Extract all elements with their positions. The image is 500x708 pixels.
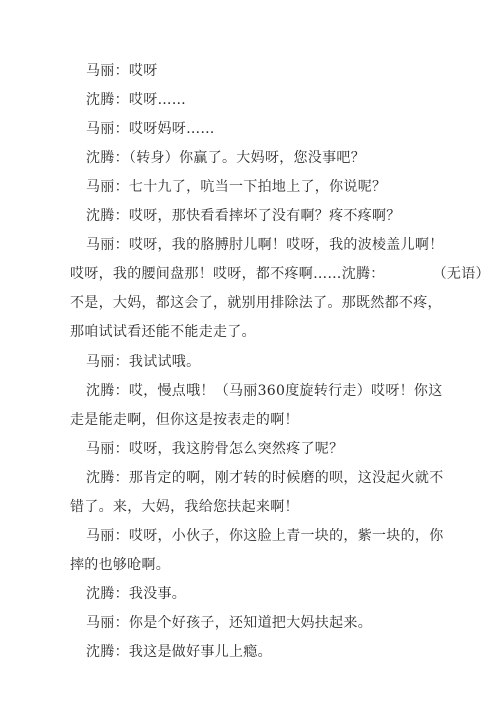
dialogue-line-continuation: 错了。来，大妈，我给您扶起来啊！ xyxy=(70,498,299,516)
dialogue-line-continuation: 摔的也够呛啊。 xyxy=(70,556,170,574)
dialogue-line: 沈腾：我没事。 xyxy=(86,585,186,603)
dialogue-line: 马丽：你是个好孩子，还知道把大妈扶起来。 xyxy=(86,614,372,632)
document-page: 马丽：哎呀 沈腾：哎呀…… 马丽：哎呀妈呀…… 沈腾：（转身）你赢了。大妈呀，您… xyxy=(0,0,500,708)
dialogue-line: 马丽：我试试哦。 xyxy=(86,353,200,371)
dialogue-line: 马丽：哎呀，我这胯骨怎么突然疼了呢？ xyxy=(86,440,343,458)
dialogue-line: 马丽：哎呀 xyxy=(86,62,158,80)
dialogue-line: 沈腾：哎呀，那快看看摔坏了没有啊？疼不疼啊？ xyxy=(86,207,401,225)
stage-direction: （无语） xyxy=(433,266,490,282)
dialogue-line: 马丽：哎呀，小伙子，你这脸上青一块的，紫一块的，你 xyxy=(86,527,444,545)
dialogue-line-continuation: 走是能走啊，但你这是按表走的啊！ xyxy=(70,411,299,429)
dialogue-line-continuation: 不是，大妈，都这会了，就别用排除法了。那既然都不疼， xyxy=(70,294,442,312)
line-text: 哎呀，我的腰间盘那！哎呀，都不疼啊……沈腾： xyxy=(70,266,385,282)
dialogue-line: 沈腾：哎呀…… xyxy=(86,91,186,109)
dialogue-line: 沈腾：那肯定的啊，刚才转的时候磨的呗，这没起火就不 xyxy=(86,469,444,487)
dialogue-line: 沈腾：我这是做好事儿上瘾。 xyxy=(86,643,272,661)
dialogue-line: 马丽：哎呀妈呀…… xyxy=(86,120,215,138)
dialogue-line: 马丽：哎呀，我的胳膊肘儿啊！哎呀，我的波棱盖儿啊！ xyxy=(86,236,444,254)
dialogue-line: 沈腾：哎，慢点哦！（马丽360度旋转行走）哎呀！你这 xyxy=(86,382,443,400)
dialogue-line: 沈腾：（转身）你赢了。大妈呀，您没事吧？ xyxy=(86,149,365,167)
dialogue-line: 马丽：七十九了，吭当一下拍地上了，你说呢？ xyxy=(86,178,386,196)
dialogue-line-continuation: 哎呀，我的腰间盘那！哎呀，都不疼啊……沈腾：（无语） xyxy=(70,265,490,283)
dialogue-line-continuation: 那咱试试看还能不能走走了。 xyxy=(70,323,256,341)
